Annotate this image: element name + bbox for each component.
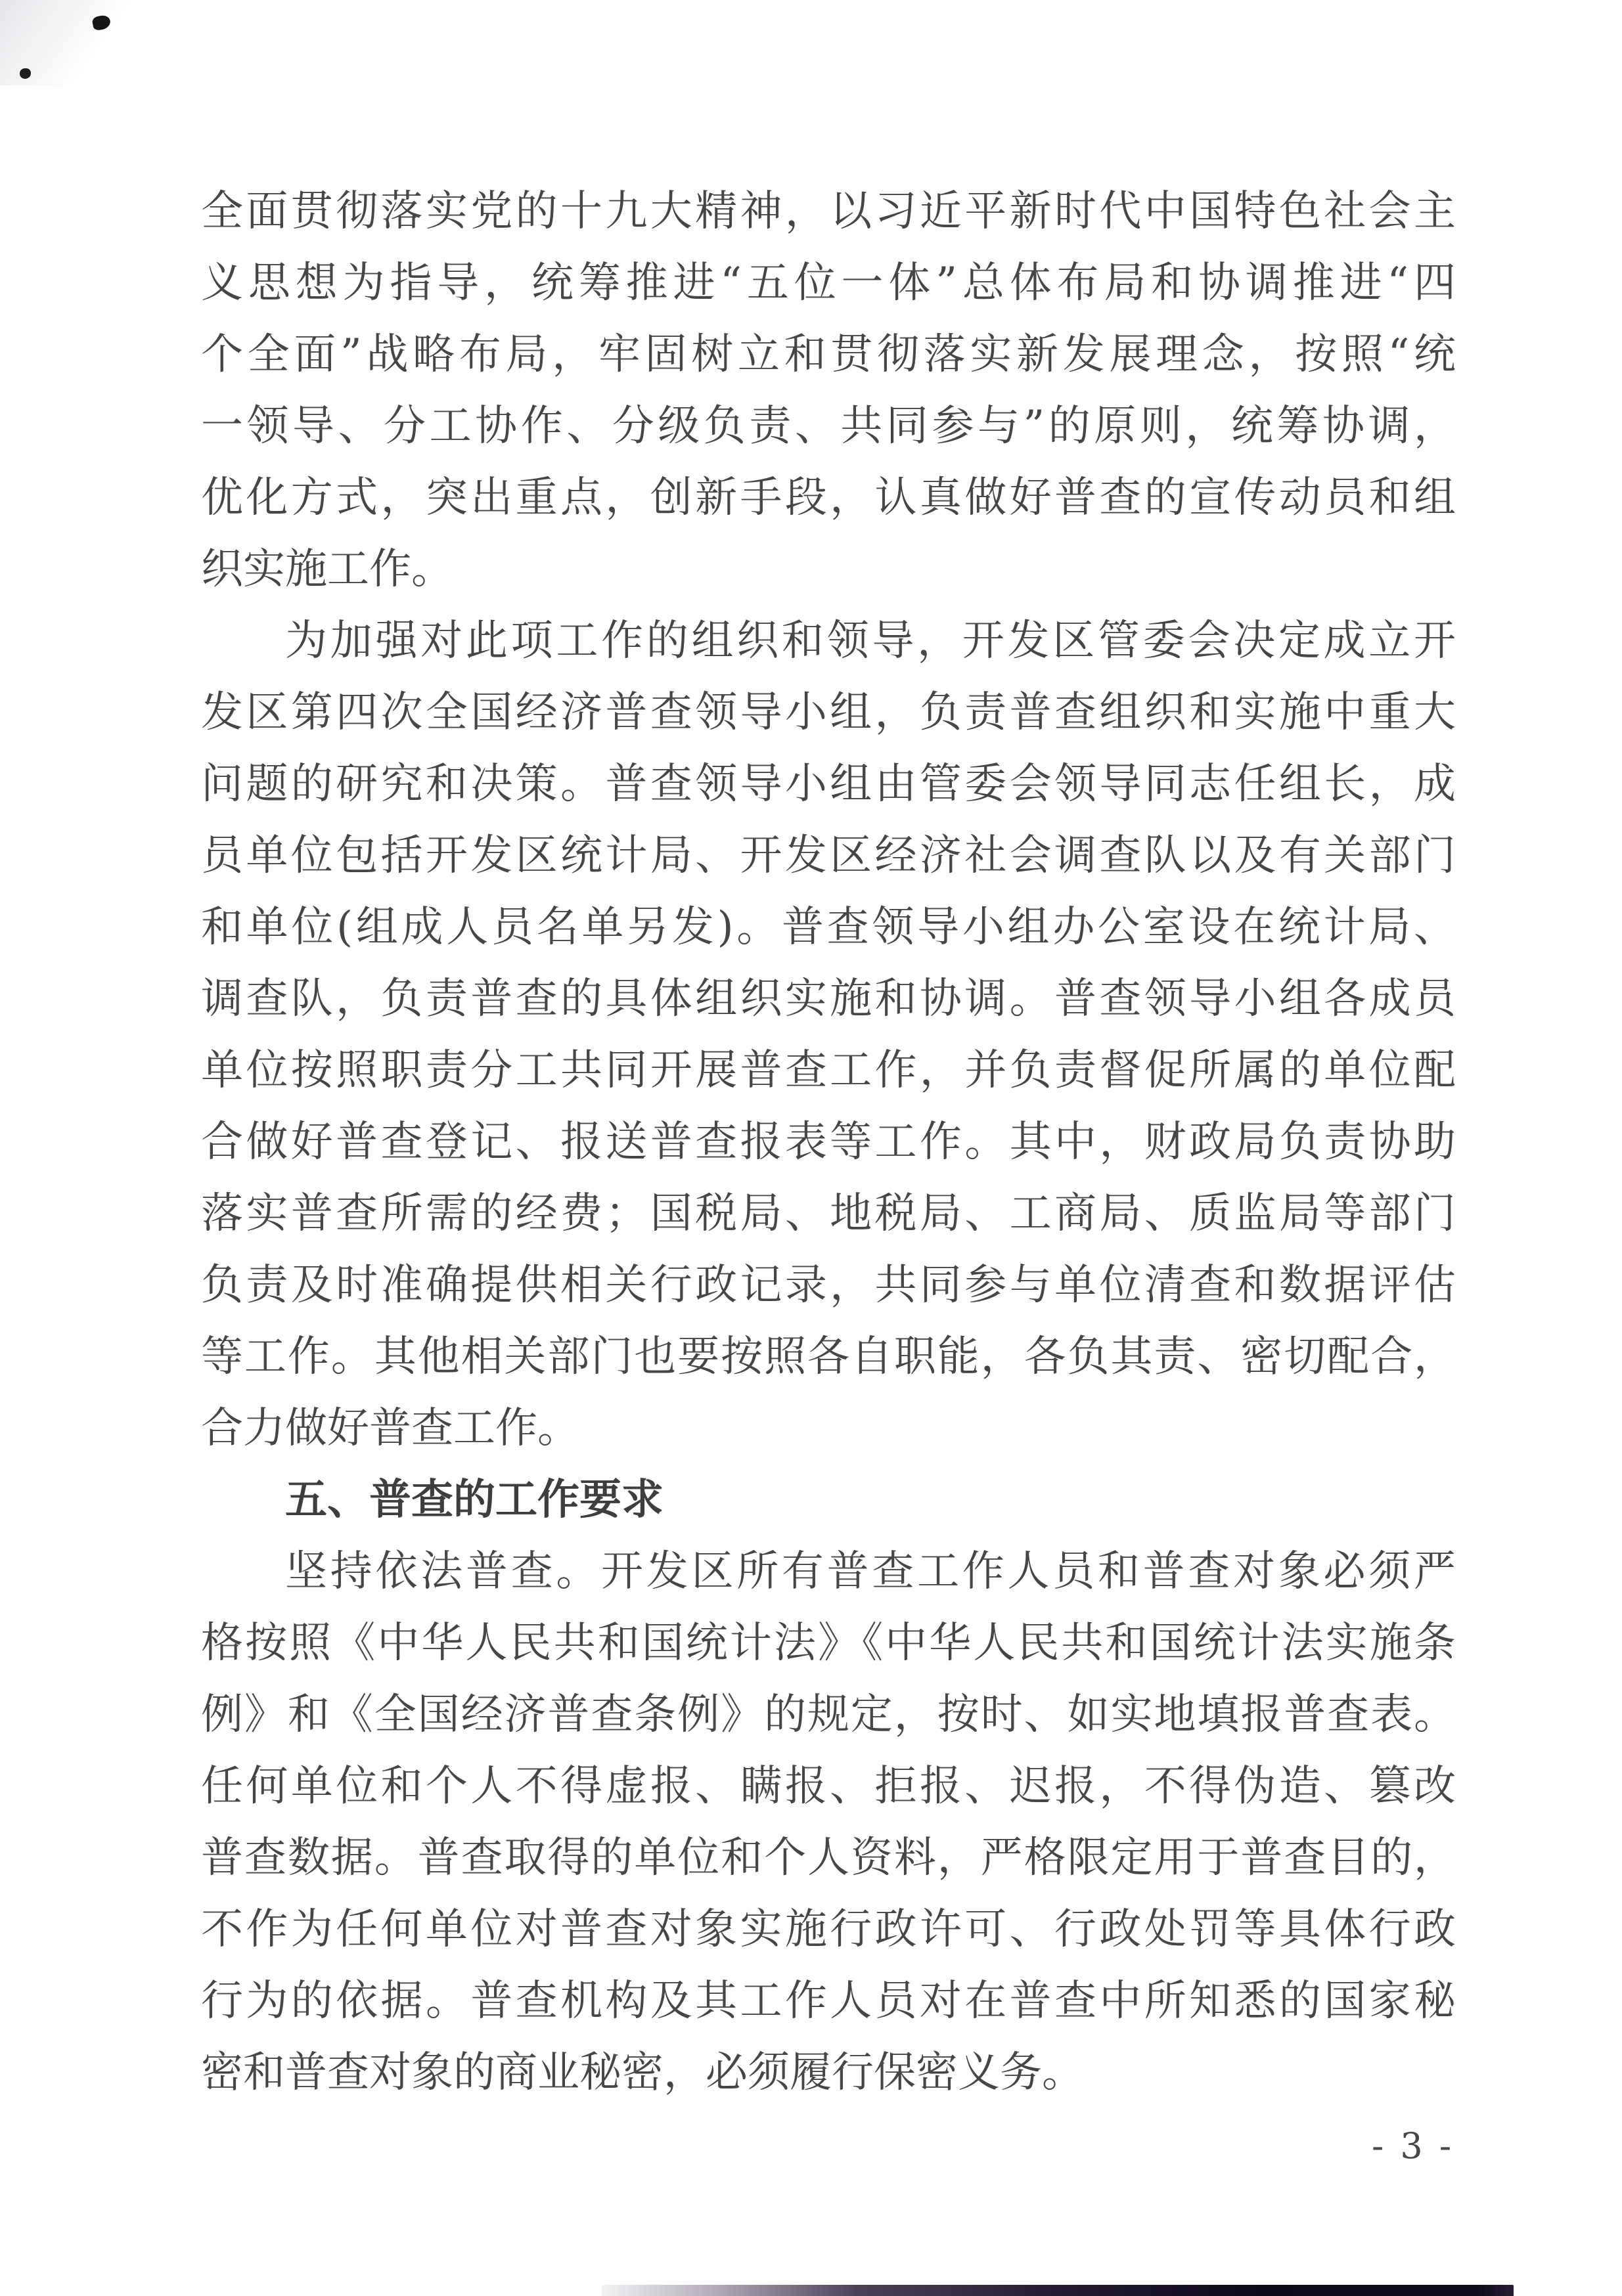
text-line: 员单位包括开发区统计局、开发区经济社会调查队以及有关部门 (201, 820, 1456, 892)
heading-line: 五、普查的工作要求 (201, 1465, 1456, 1536)
text-line: 和单位(组成人员名单另发)。普查领导小组办公室设在统计局、 (201, 892, 1456, 963)
document-body: 全面贯彻落实党的十九大精神，以习近平新时代中国特色社会主义思想为指导，统筹推进“… (201, 176, 1456, 2109)
page-number: - 3 - (1372, 2125, 1454, 2167)
text-line: 义思想为指导，统筹推进“五位一体”总体布局和协调推进“四 (201, 248, 1456, 319)
text-line: 例》和《全国经济普查条例》的规定，按时、如实地填报普查表。 (201, 1679, 1456, 1751)
paragraph: 为加强对此项工作的组织和领导，开发区管委会决定成立开发区第四次全国经济普查领导小… (201, 606, 1456, 1465)
text-line: 个全面”战略布局，牢固树立和贯彻落实新发展理念，按照“统 (201, 319, 1456, 391)
text-line: 单位按照职责分工共同开展普查工作，并负责督促所属的单位配 (201, 1035, 1456, 1107)
text-line: 任何单位和个人不得虚报、瞒报、拒报、迟报，不得伪造、篡改 (201, 1751, 1456, 1822)
text-line: 等工作。其他相关部门也要按照各自职能，各负其责、密切配合， (201, 1321, 1456, 1393)
text-line: 格按照《中华人民共和国统计法》《中华人民共和国统计法实施条 (201, 1608, 1456, 1679)
text-line: 合做好普查登记、报送普查报表等工作。其中，财政局负责协助 (201, 1107, 1456, 1178)
text-line: 发区第四次全国经济普查领导小组，负责普查组织和实施中重大 (201, 677, 1456, 749)
text-line: 密和普查对象的商业秘密，必须履行保密义务。 (201, 2037, 1456, 2109)
text-line: 落实普查所需的经费；国税局、地税局、工商局、质监局等部门 (201, 1178, 1456, 1250)
text-line: 不作为任何单位对普查对象实施行政许可、行政处罚等具体行政 (201, 1894, 1456, 1966)
paragraph: 坚持依法普查。开发区所有普查工作人员和普查对象必须严格按照《中华人民共和国统计法… (201, 1536, 1456, 2109)
section-heading: 五、普查的工作要求 (201, 1465, 1456, 1536)
text-line: 全面贯彻落实党的十九大精神，以习近平新时代中国特色社会主 (201, 176, 1456, 248)
scanned-document-page: 全面贯彻落实党的十九大精神，以习近平新时代中国特色社会主义思想为指导，统筹推进“… (0, 0, 1622, 2296)
paragraph: 全面贯彻落实党的十九大精神，以习近平新时代中国特色社会主义思想为指导，统筹推进“… (201, 176, 1456, 606)
scanner-edge-artifact (602, 2285, 1514, 2296)
ink-speck (91, 14, 111, 31)
text-line: 问题的研究和决策。普查领导小组由管委会领导同志任组长，成 (201, 749, 1456, 820)
text-line: 一领导、分工协作、分级负责、共同参与”的原则，统筹协调， (201, 391, 1456, 462)
text-line: 坚持依法普查。开发区所有普查工作人员和普查对象必须严 (201, 1536, 1456, 1608)
text-line: 织实施工作。 (201, 534, 1456, 606)
text-line: 普查数据。普查取得的单位和个人资料，严格限定用于普查目的， (201, 1822, 1456, 1894)
text-line: 合力做好普查工作。 (201, 1393, 1456, 1465)
text-line: 调查队，负责普查的具体组织实施和协调。普查领导小组各成员 (201, 963, 1456, 1035)
text-line: 为加强对此项工作的组织和领导，开发区管委会决定成立开 (201, 606, 1456, 677)
ink-speck (20, 68, 31, 79)
text-line: 负责及时准确提供相关行政记录，共同参与单位清查和数据评估 (201, 1250, 1456, 1321)
text-line: 行为的依据。普查机构及其工作人员对在普查中所知悉的国家秘 (201, 1966, 1456, 2037)
text-line: 优化方式，突出重点，创新手段，认真做好普查的宣传动员和组 (201, 462, 1456, 534)
